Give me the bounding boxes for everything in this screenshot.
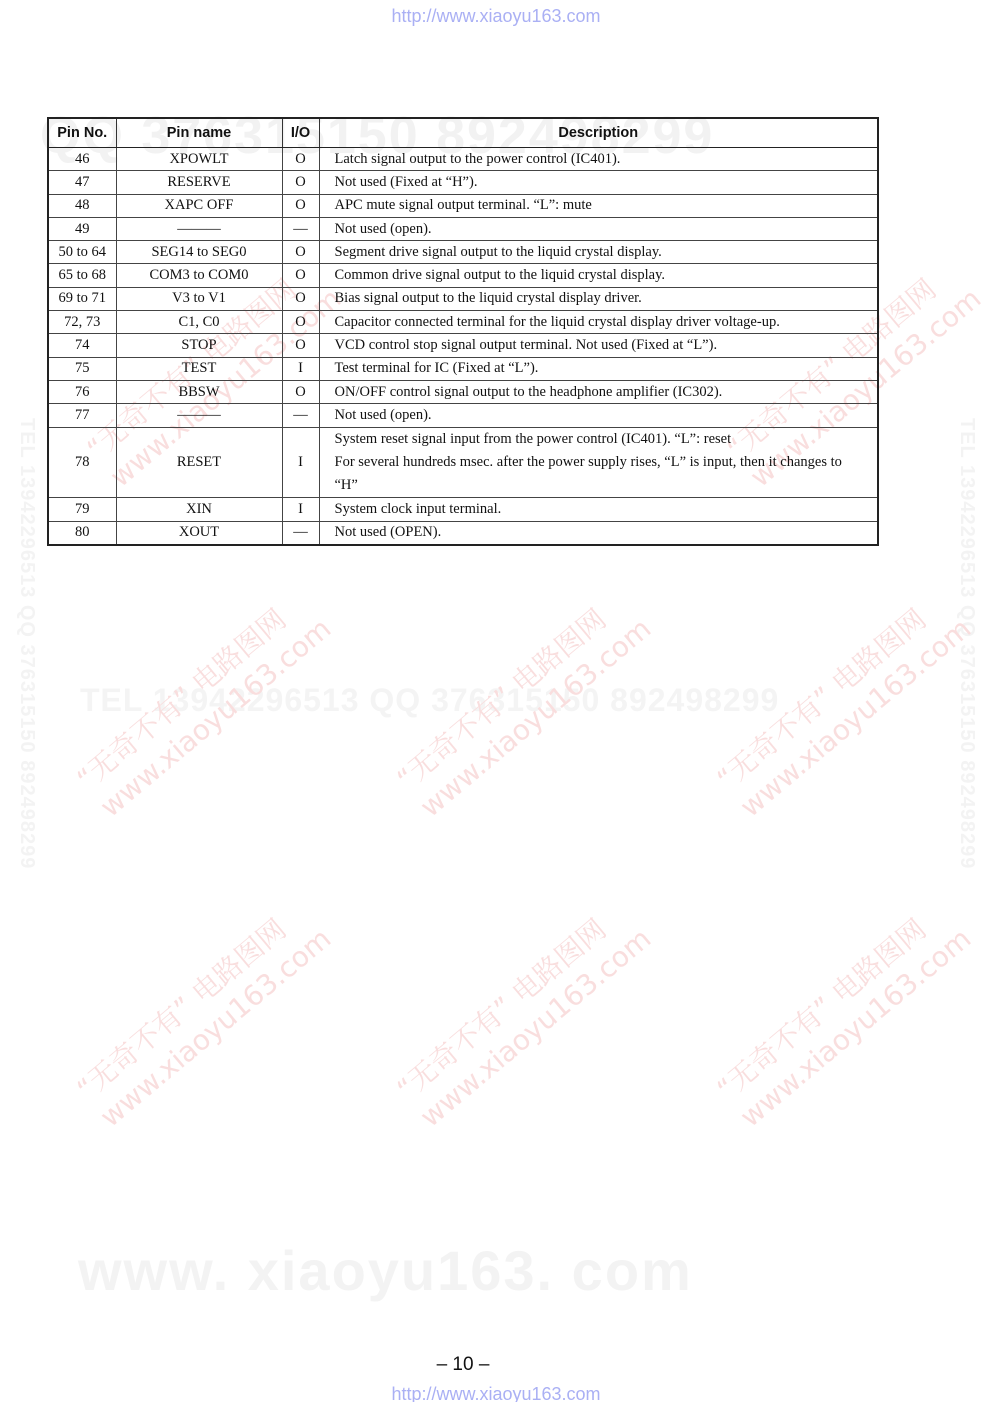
description-cell: Test terminal for IC (Fixed at “L”). <box>319 357 878 380</box>
io-cell: O <box>282 334 319 357</box>
io-cell: — <box>282 404 319 427</box>
header-url-link[interactable]: http://www.xiaoyu163.com <box>0 6 992 27</box>
table-row: 80XOUT—Not used (OPEN). <box>48 521 878 545</box>
table-row: 46XPOWLTOLatch signal output to the powe… <box>48 148 878 171</box>
io-cell: — <box>282 521 319 545</box>
table-header-row: Pin No. Pin name I/O Description <box>48 118 878 148</box>
page-number: – 10 – <box>0 1354 926 1376</box>
table-row: 69 to 71V3 to V1OBias signal output to t… <box>48 287 878 310</box>
description-cell: Common drive signal output to the liquid… <box>319 264 878 287</box>
watermark-side-right: TEL 13942296513 QQ 376315150 892498299 <box>955 418 978 869</box>
watermark-stamp: “无奇不有” 电路图网www.xiaoyu163.com <box>390 584 659 826</box>
column-header-pin-name: Pin name <box>116 118 282 148</box>
description-cell: APC mute signal output terminal. “L”: mu… <box>319 194 878 217</box>
table-row: 49————Not used (open). <box>48 217 878 240</box>
table-row: 47RESERVEONot used (Fixed at “H”). <box>48 171 878 194</box>
description-cell: Not used (open). <box>319 404 878 427</box>
table-row: 48XAPC OFFOAPC mute signal output termin… <box>48 194 878 217</box>
table-row: 50 to 64SEG14 to SEG0OSegment drive sign… <box>48 241 878 264</box>
pin-name-cell: BBSW <box>116 380 282 403</box>
pin-number-cell: 48 <box>48 194 116 217</box>
pin-number-cell: 50 to 64 <box>48 241 116 264</box>
description-line: APC mute signal output terminal. “L”: mu… <box>335 197 878 214</box>
description-line: System clock input terminal. <box>335 501 878 518</box>
description-cell: Not used (OPEN). <box>319 521 878 545</box>
pin-number-cell: 78 <box>48 427 116 498</box>
pin-name-cell: C1, C0 <box>116 311 282 334</box>
description-cell: Not used (Fixed at “H”). <box>319 171 878 194</box>
description-line: Capacitor connected terminal for the liq… <box>335 314 878 331</box>
table-row: 77————Not used (open). <box>48 404 878 427</box>
pin-description-table: Pin No. Pin name I/O Description 46XPOWL… <box>47 117 879 546</box>
column-header-description: Description <box>319 118 878 148</box>
table-row: 75TESTITest terminal for IC (Fixed at “L… <box>48 357 878 380</box>
watermark-stamp: “无奇不有” 电路图网www.xiaoyu163.com <box>70 584 339 826</box>
column-header-io: I/O <box>282 118 319 148</box>
watermark-stamp: “无奇不有” 电路图网www.xiaoyu163.com <box>70 894 339 1136</box>
table-row: 78RESETISystem reset signal input from t… <box>48 427 878 498</box>
pin-name-cell: ——— <box>116 404 282 427</box>
pin-number-cell: 47 <box>48 171 116 194</box>
pin-number-cell: 74 <box>48 334 116 357</box>
description-cell: System reset signal input from the power… <box>319 427 878 498</box>
table-row: 65 to 68COM3 to COM0OCommon drive signal… <box>48 264 878 287</box>
pin-number-cell: 49 <box>48 217 116 240</box>
io-cell: O <box>282 194 319 217</box>
io-cell: I <box>282 427 319 498</box>
pin-number-cell: 75 <box>48 357 116 380</box>
description-line: Bias signal output to the liquid crystal… <box>335 290 878 307</box>
description-cell: ON/OFF control signal output to the head… <box>319 380 878 403</box>
pin-number-cell: 80 <box>48 521 116 545</box>
pin-name-cell: TEST <box>116 357 282 380</box>
description-line: Common drive signal output to the liquid… <box>335 267 878 284</box>
description-line: “H” <box>335 474 878 497</box>
description-cell: VCD control stop signal output terminal.… <box>319 334 878 357</box>
pin-number-cell: 65 to 68 <box>48 264 116 287</box>
pin-name-cell: RESERVE <box>116 171 282 194</box>
table-row: 74STOPOVCD control stop signal output te… <box>48 334 878 357</box>
io-cell: I <box>282 498 319 521</box>
pin-name-cell: SEG14 to SEG0 <box>116 241 282 264</box>
io-cell: I <box>282 357 319 380</box>
description-line: VCD control stop signal output terminal.… <box>335 337 878 354</box>
description-line: Segment drive signal output to the liqui… <box>335 244 878 261</box>
description-line: Test terminal for IC (Fixed at “L”). <box>335 360 878 377</box>
pin-number-cell: 76 <box>48 380 116 403</box>
io-cell: O <box>282 311 319 334</box>
description-line: Not used (open). <box>335 221 878 238</box>
pin-number-cell: 79 <box>48 498 116 521</box>
footer-url-link[interactable]: http://www.xiaoyu163.com <box>0 1384 992 1402</box>
watermark-tel-line: TEL 13942296513 QQ 376315150 892498299 <box>80 682 779 719</box>
pin-name-cell: ——— <box>116 217 282 240</box>
pin-number-cell: 46 <box>48 148 116 171</box>
table-row: 76BBSWOON/OFF control signal output to t… <box>48 380 878 403</box>
description-cell: Latch signal output to the power control… <box>319 148 878 171</box>
column-header-pin-no: Pin No. <box>48 118 116 148</box>
description-cell: Not used (open). <box>319 217 878 240</box>
description-line: System reset signal input from the power… <box>335 428 878 451</box>
pin-name-cell: XAPC OFF <box>116 194 282 217</box>
io-cell: O <box>282 241 319 264</box>
pin-name-cell: XPOWLT <box>116 148 282 171</box>
table-row: 79XINISystem clock input terminal. <box>48 498 878 521</box>
description-line: Not used (Fixed at “H”). <box>335 174 878 191</box>
io-cell: O <box>282 380 319 403</box>
io-cell: O <box>282 287 319 310</box>
description-line: ON/OFF control signal output to the head… <box>335 384 878 401</box>
watermark-stamp: “无奇不有” 电路图网www.xiaoyu163.com <box>710 584 979 826</box>
description-cell: Capacitor connected terminal for the liq… <box>319 311 878 334</box>
description-line: For several hundreds msec. after the pow… <box>335 451 878 474</box>
pin-name-cell: RESET <box>116 427 282 498</box>
pin-number-cell: 77 <box>48 404 116 427</box>
watermark-big-url: www. xiaoyu163. com <box>78 1238 693 1303</box>
io-cell: O <box>282 264 319 287</box>
watermark-stamp: “无奇不有” 电路图网www.xiaoyu163.com <box>710 894 979 1136</box>
io-cell: O <box>282 171 319 194</box>
pin-name-cell: COM3 to COM0 <box>116 264 282 287</box>
pin-number-cell: 72, 73 <box>48 311 116 334</box>
pin-name-cell: XIN <box>116 498 282 521</box>
description-line: Not used (OPEN). <box>335 524 878 541</box>
description-cell: Segment drive signal output to the liqui… <box>319 241 878 264</box>
io-cell: O <box>282 148 319 171</box>
pin-name-cell: STOP <box>116 334 282 357</box>
table-body: 46XPOWLTOLatch signal output to the powe… <box>48 148 878 546</box>
pin-name-cell: XOUT <box>116 521 282 545</box>
watermark-stamp: “无奇不有” 电路图网www.xiaoyu163.com <box>390 894 659 1136</box>
table-row: 72, 73C1, C0OCapacitor connected termina… <box>48 311 878 334</box>
pin-name-cell: V3 to V1 <box>116 287 282 310</box>
description-line: Latch signal output to the power control… <box>335 151 878 168</box>
watermark-side-left: TEL 13942296513 QQ 376315150 892498299 <box>15 418 38 869</box>
pin-number-cell: 69 to 71 <box>48 287 116 310</box>
io-cell: — <box>282 217 319 240</box>
description-cell: Bias signal output to the liquid crystal… <box>319 287 878 310</box>
description-cell: System clock input terminal. <box>319 498 878 521</box>
description-line: Not used (open). <box>335 407 878 424</box>
